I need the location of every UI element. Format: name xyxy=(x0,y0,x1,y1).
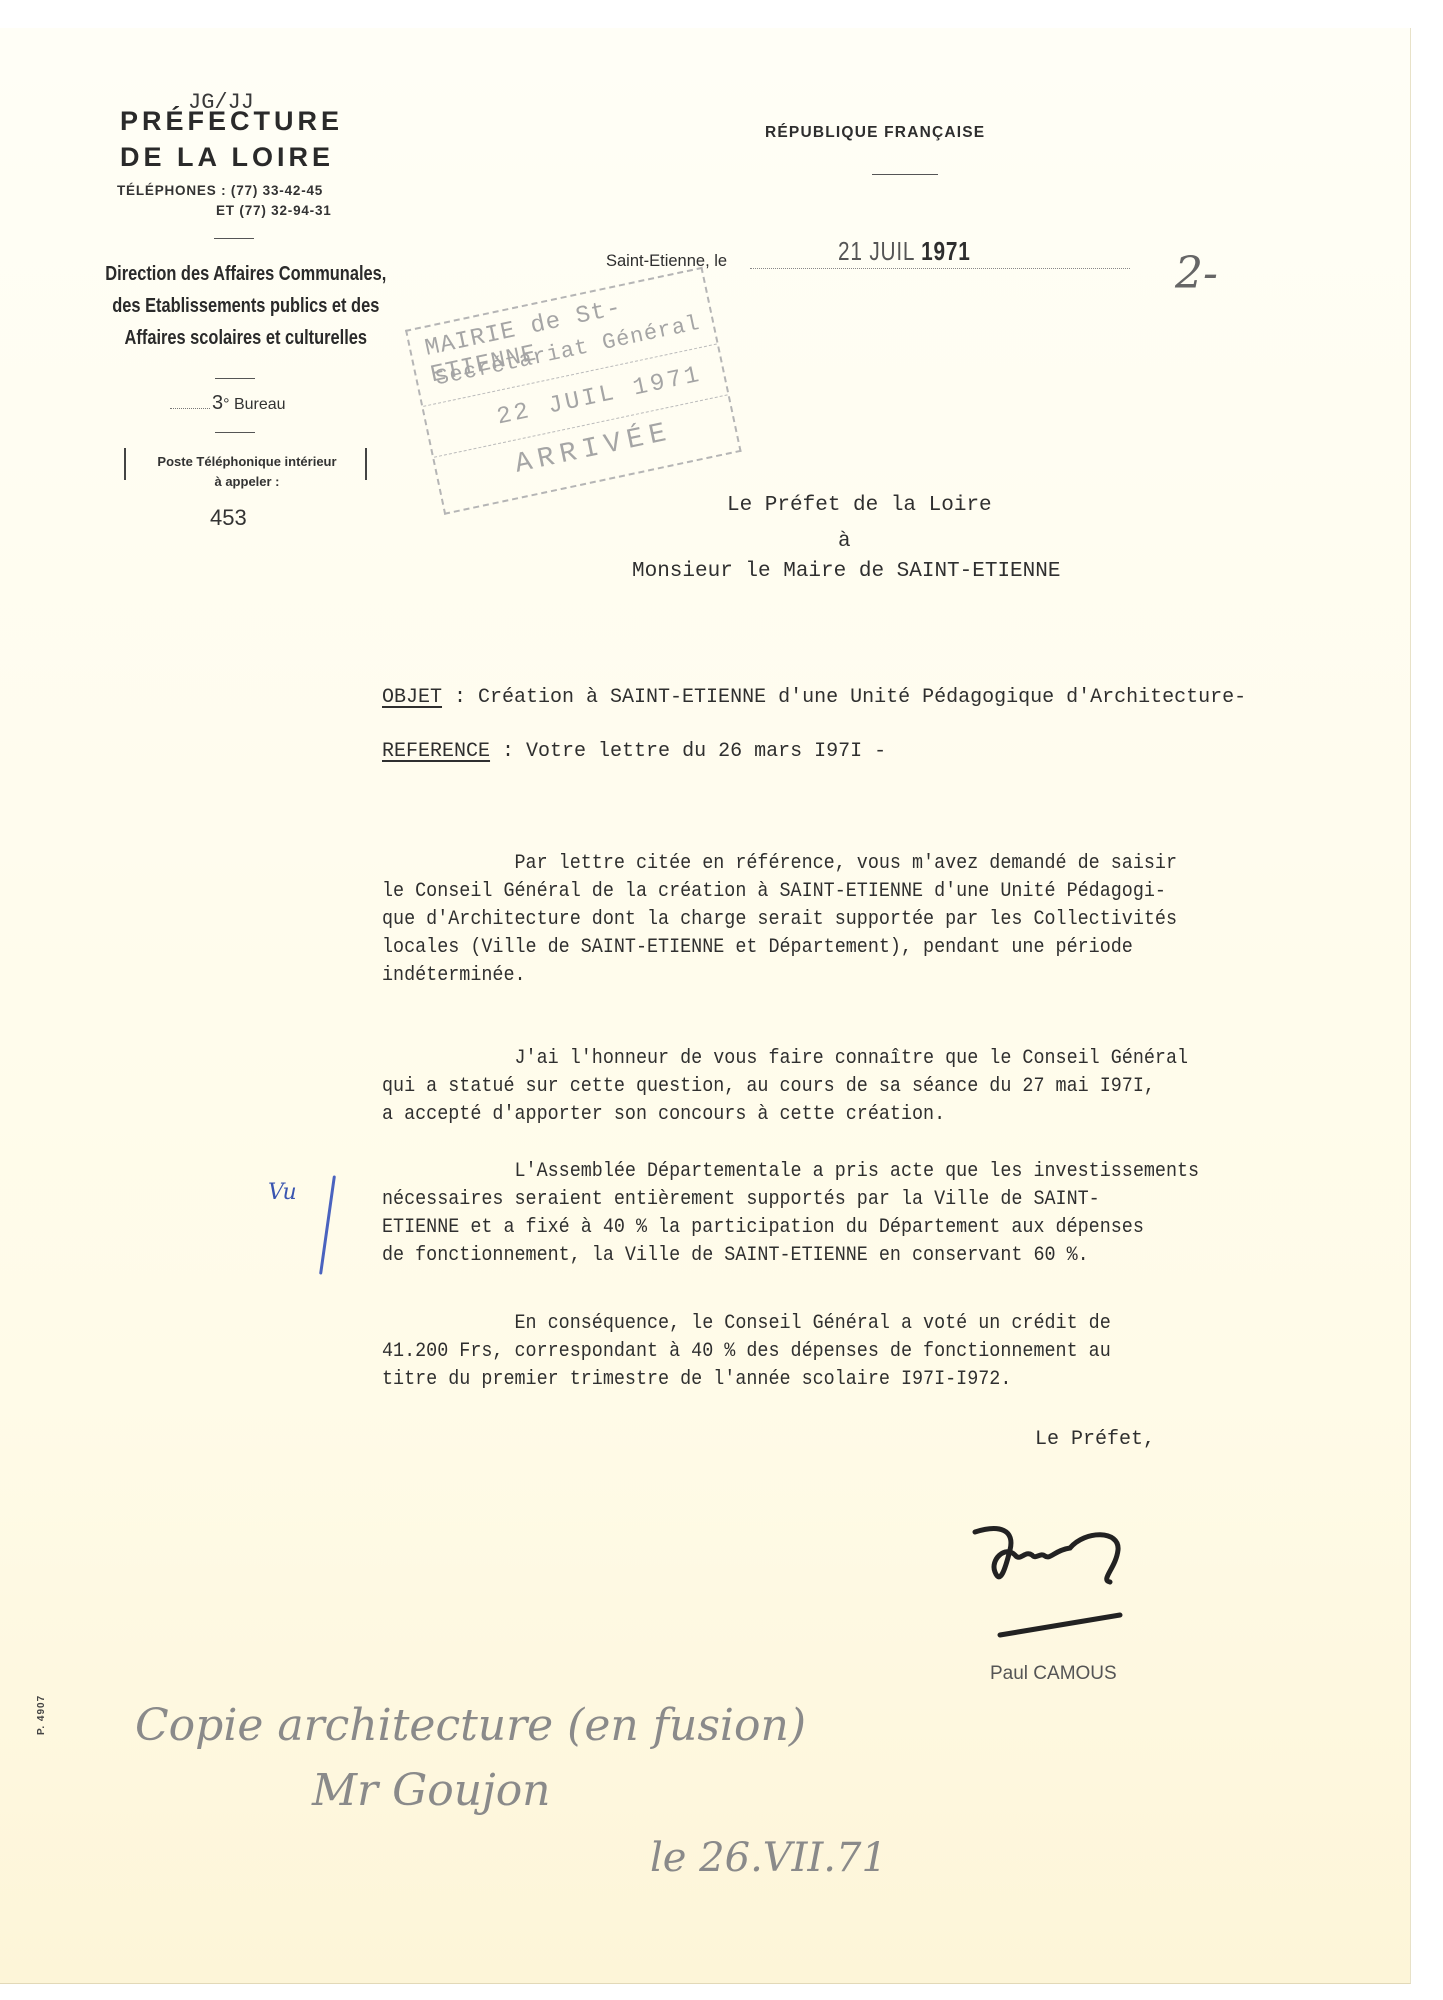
telephone-line-2: ET (77) 32-94-31 xyxy=(216,203,332,218)
divider xyxy=(872,174,938,175)
bureau-text: ° Bureau xyxy=(223,396,285,413)
date-stamp-year: 1971 xyxy=(921,236,970,266)
bureau-number: 3 xyxy=(212,392,223,414)
reference-line: REFERENCE : Votre lettre du 26 mars I97I… xyxy=(382,740,886,763)
page-number-annotation: 2- xyxy=(1175,248,1218,299)
date-stamp: 21 JUIL 1971 xyxy=(838,236,971,267)
divider xyxy=(215,432,255,433)
bureau-label: 3° Bureau xyxy=(170,392,286,415)
handwritten-note-date: le 26.VII.71 xyxy=(650,1835,887,1881)
reference-label: REFERENCE xyxy=(382,740,490,763)
signer-name: Paul CAMOUS xyxy=(990,1663,1117,1685)
subject-label: OBJET xyxy=(382,686,442,709)
republique-header: RÉPUBLIQUE FRANÇAISE xyxy=(765,124,985,142)
subject-text: : Création à SAINT-ETIENNE d'une Unité P… xyxy=(442,686,1246,709)
date-stamp-day-month: 21 JUIL xyxy=(838,236,915,266)
internal-phone-number: 453 xyxy=(210,505,247,531)
divider xyxy=(214,238,254,239)
date-dotted-line xyxy=(750,268,1130,269)
bracket-right xyxy=(365,448,367,480)
body-paragraph-2: J'ai l'honneur de vous faire connaître q… xyxy=(382,1045,1302,1129)
bracket-left xyxy=(124,448,126,480)
handwritten-note-line1: Copie architecture (en fusion) xyxy=(135,1700,806,1751)
direction-department: Direction des Affaires Communales, des E… xyxy=(90,258,402,354)
dotted-leader xyxy=(170,408,210,409)
divider xyxy=(215,378,255,379)
body-paragraph-1: Par lettre citée en référence, vous m'av… xyxy=(382,850,1302,990)
internal-phone-label-line2: à appeler : xyxy=(132,472,362,492)
subject-line: OBJET : Création à SAINT-ETIENNE d'une U… xyxy=(382,686,1246,709)
signature-icon xyxy=(970,1510,1150,1655)
sender: Le Préfet de la Loire xyxy=(727,494,992,517)
telephone-line-1: TÉLÉPHONES : (77) 33-42-45 xyxy=(117,183,323,198)
reference-text: : Votre lettre du 26 mars I97I - xyxy=(490,740,886,763)
prefecture-title: PRÉFECTURE xyxy=(120,106,343,137)
place-label: Saint-Etienne, le xyxy=(606,252,727,271)
internal-phone-label-line1: Poste Téléphonique intérieur xyxy=(132,452,362,472)
recipient: Monsieur le Maire de SAINT-ETIENNE xyxy=(632,560,1060,583)
closing-salutation: Le Préfet, xyxy=(1035,1428,1155,1451)
margin-annotation: Vu xyxy=(268,1180,297,1205)
addressing-preposition: à xyxy=(838,530,851,553)
print-code: P. 4907 xyxy=(36,1695,47,1735)
body-paragraph-3: L'Assemblée Départementale a pris acte q… xyxy=(382,1158,1302,1270)
handwritten-note-line2: Mr Goujon xyxy=(312,1765,551,1816)
internal-phone-label: Poste Téléphonique intérieur à appeler : xyxy=(132,452,362,492)
body-paragraph-4: En conséquence, le Conseil Général a vot… xyxy=(382,1310,1302,1394)
prefecture-subtitle: DE LA LOIRE xyxy=(120,142,334,173)
